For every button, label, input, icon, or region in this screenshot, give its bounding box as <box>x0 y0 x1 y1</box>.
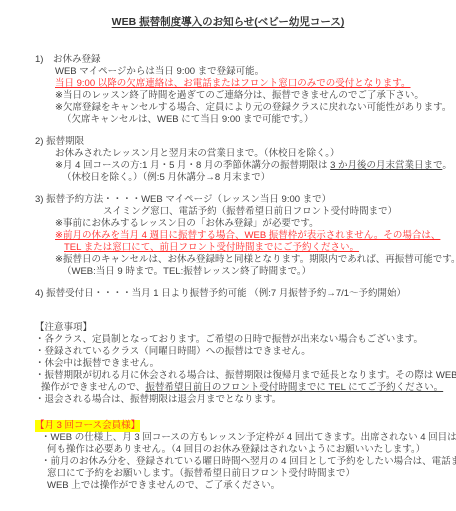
section3-heading: 3) 振替予約方法・・・・WEB マイページ（レッスン当日 9:00 まで） <box>0 194 456 206</box>
section3-line-4th-week-note: ※前月の休みを当月 4 週目に振替する場合、WEB 振替枠が表示されません。その… <box>0 230 456 242</box>
section2-line-deadline: お休みされたレッスン月と翌月末の営業日まで。（休校日を除く。） <box>0 148 456 160</box>
section-transfer-deadline: 2) 振替期限 お休みされたレッスン月と翌月末の営業日まで。（休校日を除く。） … <box>0 136 456 184</box>
notes-item-suspended: ・休会中は振替できません。 <box>0 358 456 370</box>
member3-item2-line1: ・前月のお休み分を、登録されている曜日時間へ翌月の 4 回目として予約をしたい場… <box>0 456 456 468</box>
section3-line-web-tel-deadline: （WEB:当日 9 時まで。TEL:振替レッスン終了時間まで。） <box>0 266 456 278</box>
section3-line-tel-or-counter: TEL または窓口にて、前日フロント受付時間までにご予約ください。 <box>0 242 456 254</box>
section3-line-counter-phone: スイミング窓口、電話予約（振替希望日前日フロント受付時間まで） <box>0 206 456 218</box>
notes-heading: 【注意事項】 <box>0 322 456 334</box>
section-3times-members: 【月 3 回コース会員様】 ・WEB の仕様上、月 3 回コースの方もレッスン予… <box>0 420 456 492</box>
section2-heading: 2) 振替期限 <box>0 136 456 148</box>
section1-line-after-9am-notice: 当日 9:00 以降の欠席連絡は、お電話またはフロント窓口のみでの受付となります… <box>0 78 456 90</box>
section-absence-registration: 1) お休み登録 WEB マイページからは当日 9:00 まで登録可能。 当日 … <box>0 54 456 126</box>
notes-item-withdrawal: ・退会される場合は、振替期限は退会月までとなります。 <box>0 394 456 406</box>
section1-line-cancel-deadline: （欠席キャンセルは、WEB にて当日 9:00 まで可能です。） <box>0 114 456 126</box>
section2-line-4times-course: ※月 4 回コースの方:1 月・5 月・8 月の季節休講分の振替期限は 3 か月… <box>0 160 456 172</box>
member3-item1-line1: ・WEB の仕様上、月 3 回コースの方もレッスン予定枠が 4 回出てきます。出… <box>0 432 456 444</box>
section1-line-web-register: WEB マイページからは当日 9:00 まで登録可能。 <box>0 66 456 78</box>
section3-line-prior-registration: ※事前にお休みするレッスン日の「お休み登録」が必要です。 <box>0 218 456 230</box>
member3-heading: 【月 3 回コース会員様】 <box>35 420 140 432</box>
section-cautions: 【注意事項】 ・各クラス、定員制となっております。ご希望の日時で振替が出来ない場… <box>0 322 456 406</box>
notes-item-capacity: ・各クラス、定員制となっております。ご希望の日時で振替が出来ない場合もございます… <box>0 334 456 346</box>
section-reception-day: 4) 振替受付日・・・・当月 1 日より振替予約可能 （例:7 月振替予約→7/… <box>0 288 456 300</box>
section-reservation-method: 3) 振替予約方法・・・・WEB マイページ（レッスン当日 9:00 まで） ス… <box>0 194 456 278</box>
section1-heading: 1) お休み登録 <box>0 54 456 66</box>
member3-item1-line2: 何も操作は必要ありません。（4 回目のお休み登録はされないようにお願いいたします… <box>0 444 456 456</box>
section1-line-after-lesson: ※当日のレッスン終了時間を過ぎてのご連絡分は、振替できませんのでご了承下さい。 <box>0 90 456 102</box>
section3-line-cancel-same: ※振替日のキャンセルは、お休み登録時と同様となります。期限内であれば、再振替可能… <box>0 254 456 266</box>
member3-item2-line2: 窓口にて予約をお願いします。（振替希望日前日フロント受付時間まで） <box>0 468 456 480</box>
notes-item-same-class: ・登録されているクラス（同曜日時間）への振替はできません。 <box>0 346 456 358</box>
notes-item-extension-line1: ・振替期限が切れる月に休会される場合は、振替期限は復帰月まで延長となります。その… <box>0 370 456 382</box>
section2-line-example: （休校日を除く。）（例:5 月休講分→8 月末まで） <box>0 172 456 184</box>
member3-item2-line3: WEB 上では操作ができませんので、ご了承ください。 <box>0 480 456 492</box>
section1-line-cancel-risk: ※欠席登録をキャンセルする場合、定員により元の登録クラスに戻れない可能性がありま… <box>0 102 456 114</box>
document-page: WEB 振替制度導入のお知らせ(ベビー幼児コース) 1) お休み登録 WEB マ… <box>0 0 456 511</box>
page-title: WEB 振替制度導入のお知らせ(ベビー幼児コース) <box>0 16 456 28</box>
section4-heading: 4) 振替受付日・・・・当月 1 日より振替予約可能 （例:7 月振替予約→7/… <box>0 288 456 300</box>
notes-item-extension-line2: 操作ができませんので、振替希望日前日のフロント受付時間までに TEL にてご予約… <box>0 382 456 394</box>
